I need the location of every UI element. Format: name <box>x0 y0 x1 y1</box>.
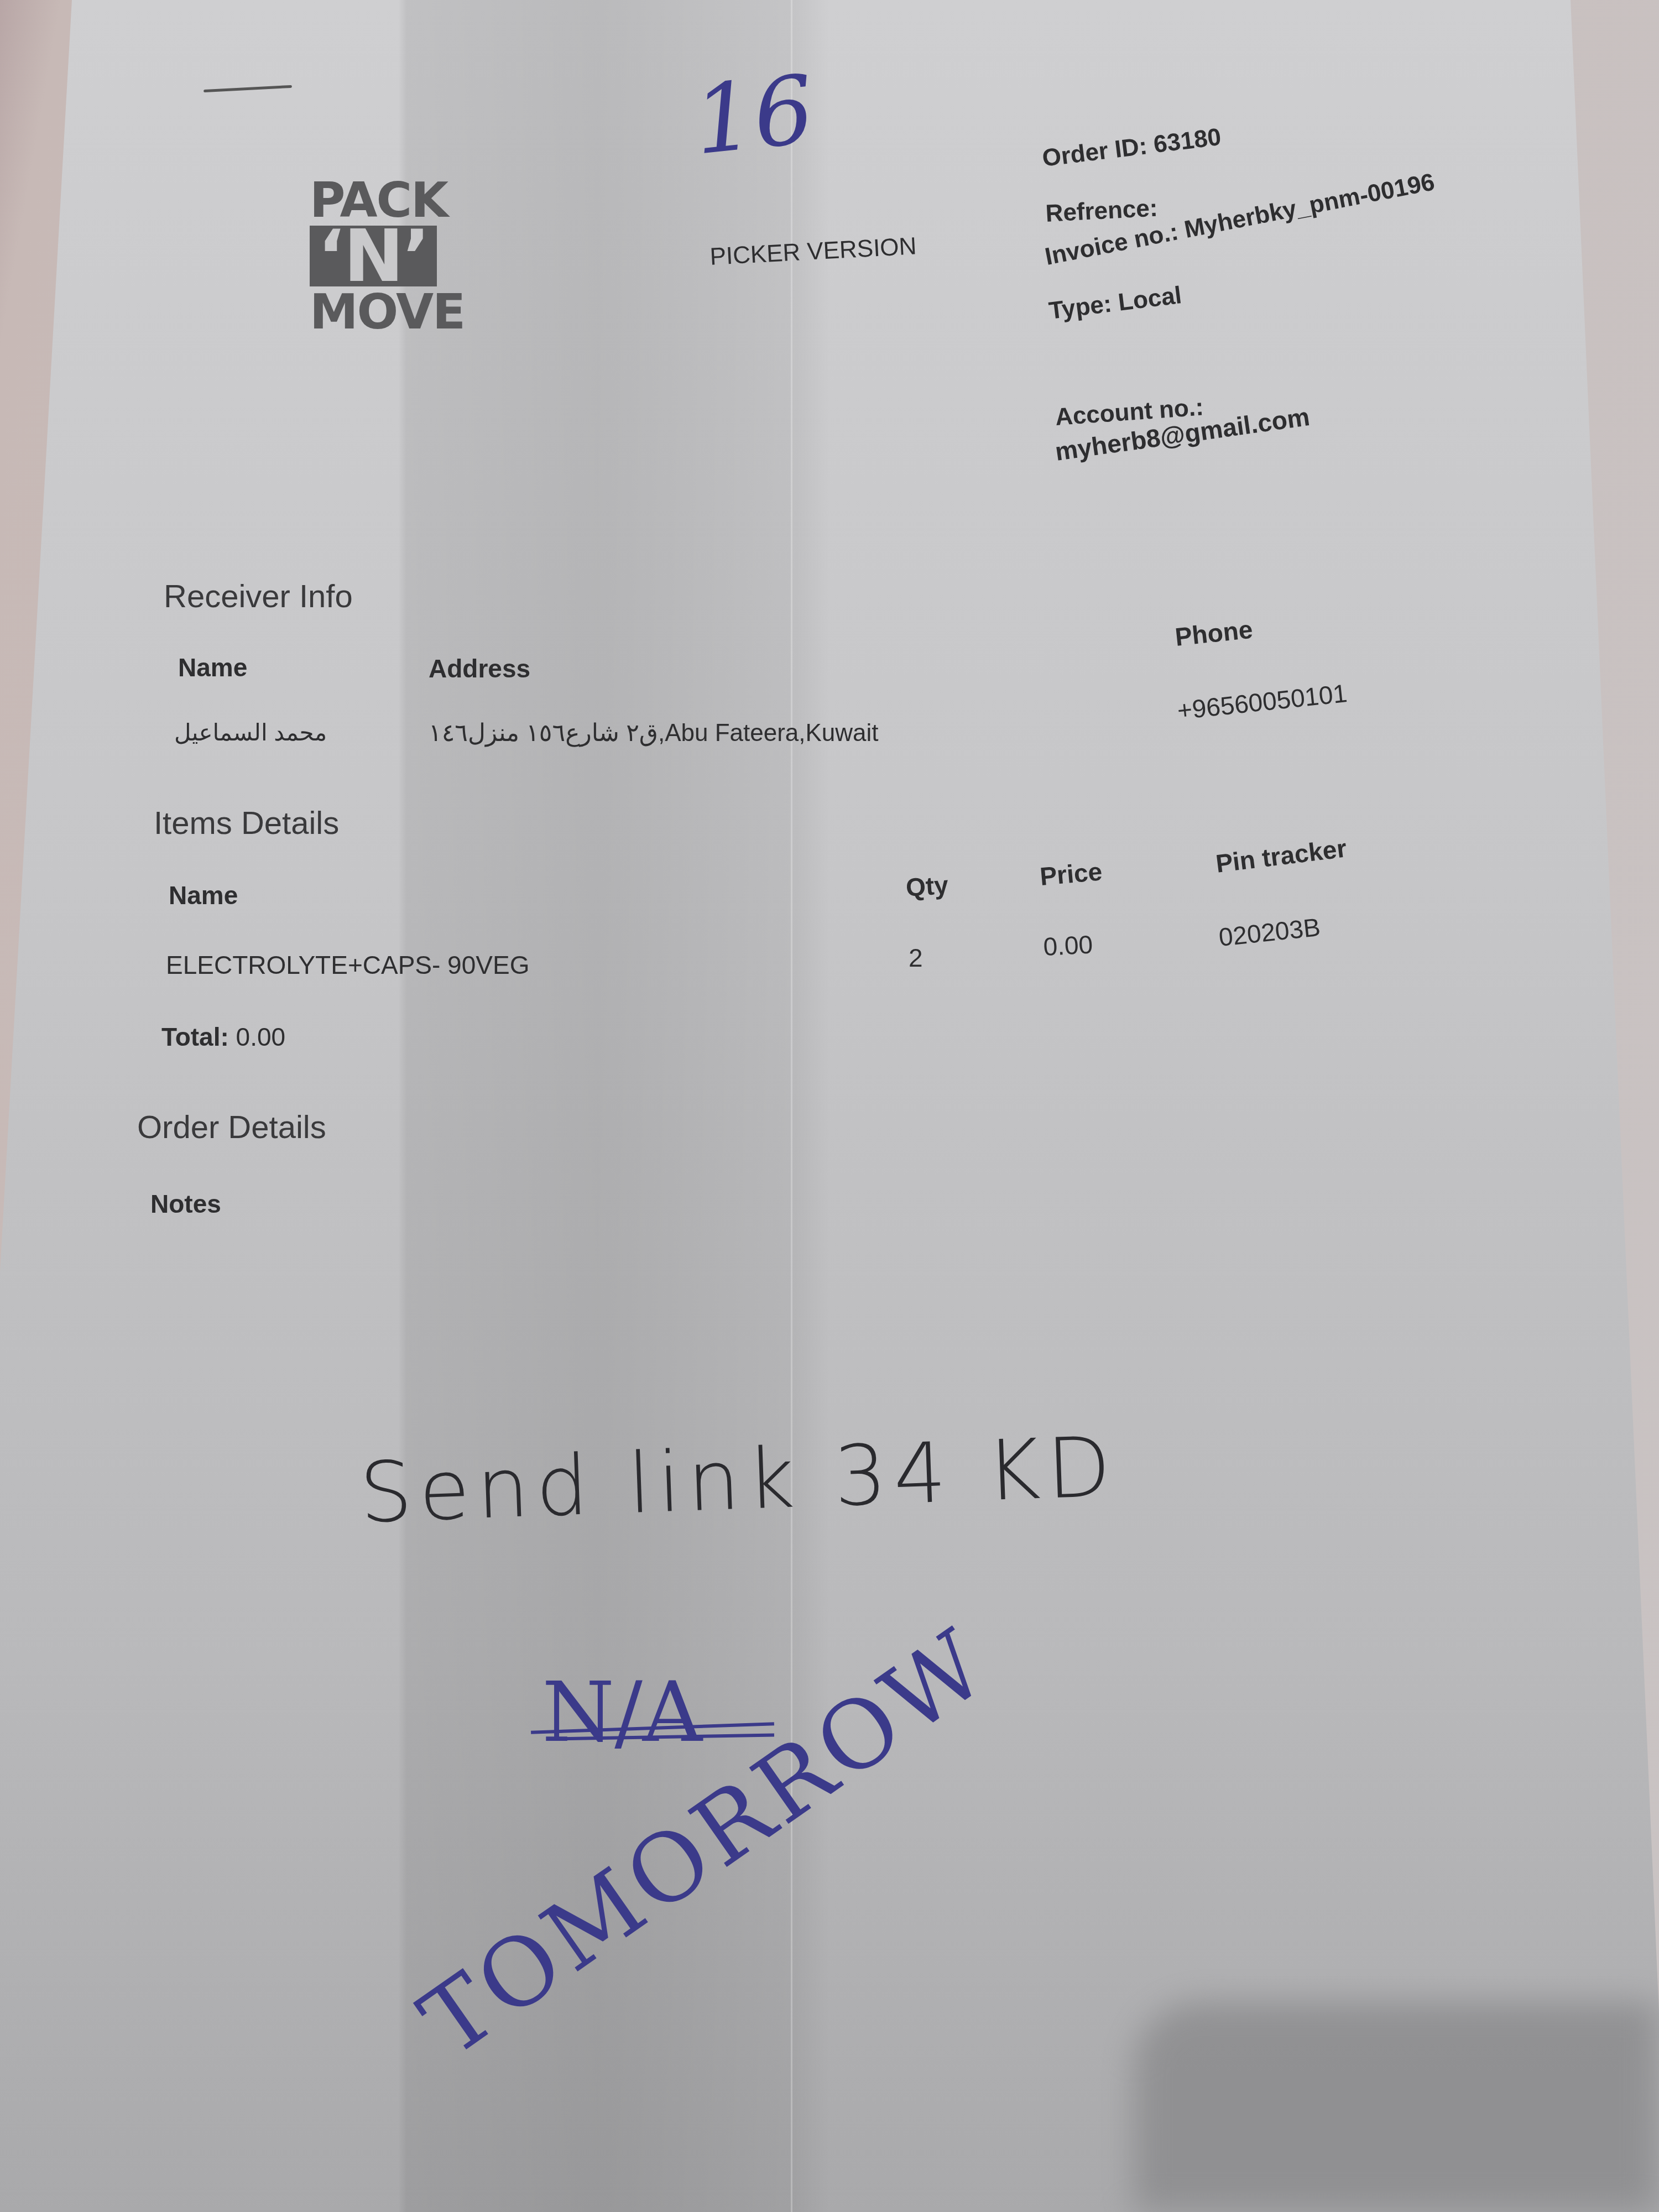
items-col-qty: Qty <box>905 870 949 902</box>
logo-line-move: MOVE <box>310 289 437 335</box>
paper-sheet <box>0 0 1659 2212</box>
receiver-name-header: Name <box>178 653 247 682</box>
logo-line-n: ‘N’ <box>310 226 437 287</box>
total-label: Total: <box>161 1022 229 1051</box>
shadow <box>1134 2002 1659 2212</box>
handwritten-page-number: 16 <box>688 55 819 176</box>
item-name: ELECTROLYTE+CAPS- 90VEG <box>166 950 529 980</box>
receiver-info-title: Receiver Info <box>164 578 353 615</box>
reference-field: Refrence: <box>1045 194 1158 228</box>
receiver-address-header: Address <box>429 654 530 684</box>
notes-label: Notes <box>150 1189 221 1219</box>
items-details-title: Items Details <box>154 805 339 842</box>
items-col-price: Price <box>1039 856 1103 891</box>
fold-line <box>791 0 792 2212</box>
items-total: Total: 0.00 <box>161 1022 285 1052</box>
receiver-address: ق٢ شارع١٥٦ منزل١٤٦,Abu Fateera,Kuwait <box>429 719 879 747</box>
receiver-name: محمد السماعيل <box>174 719 327 746</box>
item-qty: 2 <box>909 943 923 973</box>
items-col-name: Name <box>169 880 238 910</box>
order-details-title: Order Details <box>137 1109 326 1146</box>
item-price: 0.00 <box>1042 929 1093 962</box>
pack-n-move-logo: PACK ‘N’ MOVE <box>310 177 437 335</box>
struck-note-text: N/A <box>542 1665 702 1761</box>
total-value: 0.00 <box>236 1022 286 1051</box>
